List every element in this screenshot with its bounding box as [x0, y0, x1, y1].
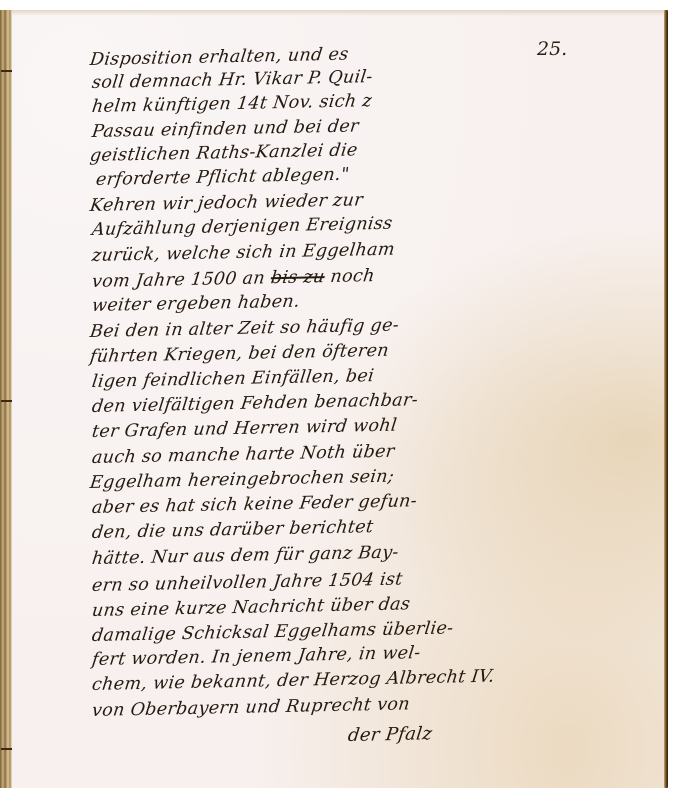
manuscript-line: Bei den in alter Zeit so häufig ge-	[89, 316, 400, 342]
page-right-edge	[664, 10, 668, 788]
page-number: 25.	[537, 38, 567, 60]
manuscript-line: geistlichen Raths-Kanzlei die	[89, 140, 359, 166]
manuscript-line: ter Grafen und Herren wird wohl	[91, 416, 398, 442]
binding-thread	[1, 70, 12, 72]
manuscript-line: fert worden. In jenem Jahre, in wel-	[91, 643, 422, 670]
manuscript-line: helm künftigen 14t Nov. sich z	[91, 91, 373, 117]
binding-thread	[1, 748, 12, 750]
manuscript-line: chem, wie bekannt, der Herzog Albrecht I…	[91, 667, 496, 695]
manuscript-line: Aufzählung derjenigen Ereigniss	[91, 214, 394, 240]
line-text: noch	[323, 266, 375, 287]
manuscript-line: damalige Schicksal Eggelhams überlie-	[91, 618, 455, 646]
manuscript-line: soll demnach Hr. Vikar P. Quil-	[91, 67, 374, 93]
manuscript-line: Passau einfinden und bei der	[91, 116, 360, 142]
manuscript-line: ern so unheilvollen Jahre 1504 ist	[91, 570, 404, 596]
struck-through-text: bis zu	[270, 267, 326, 288]
page-top-shadow	[12, 10, 667, 16]
manuscript-line: auch so manche harte Noth über	[91, 442, 396, 468]
manuscript-line: erforderte Pflicht ablegen."	[95, 165, 351, 190]
manuscript-line: den vielfältigen Fehden benachbar-	[91, 390, 419, 417]
manuscript-line: den, die uns darüber berichtet	[91, 517, 375, 543]
manuscript-line: ligen feindlichen Einfällen, bei	[91, 366, 375, 392]
manuscript-line: Kehren wir jedoch wieder zur	[89, 190, 364, 216]
manuscript-page: 25. Disposition erhalten, und essoll dem…	[12, 10, 667, 788]
manuscript-line: führten Kriegen, bei den öfteren	[89, 341, 390, 367]
manuscript-line: von Oberbayern und Ruprecht von	[91, 694, 411, 721]
manuscript-line: Eggelham hereingebrochen sein;	[89, 467, 395, 493]
binding-thread	[1, 400, 12, 402]
book-binding-strip	[0, 10, 12, 788]
manuscript-line: Disposition erhalten, und es	[89, 45, 350, 70]
manuscript-line: aber es hat sich keine Feder gefun-	[91, 491, 418, 518]
manuscript-line: zurück, welche sich in Eggelham	[91, 240, 396, 266]
line-text: vom Jahre 1500 an	[91, 268, 272, 292]
manuscript-line: vom Jahre 1500 an bis zu noch	[91, 266, 376, 292]
manuscript-line: hätte. Nur aus dem für ganz Bay-	[91, 543, 400, 569]
manuscript-line: uns eine kurze Nachricht über das	[91, 594, 412, 621]
manuscript-line: weiter ergeben haben.	[91, 292, 301, 316]
manuscript-line: der Pfalz	[347, 723, 434, 746]
manuscript-scan: 25. Disposition erhalten, und essoll dem…	[0, 0, 685, 800]
